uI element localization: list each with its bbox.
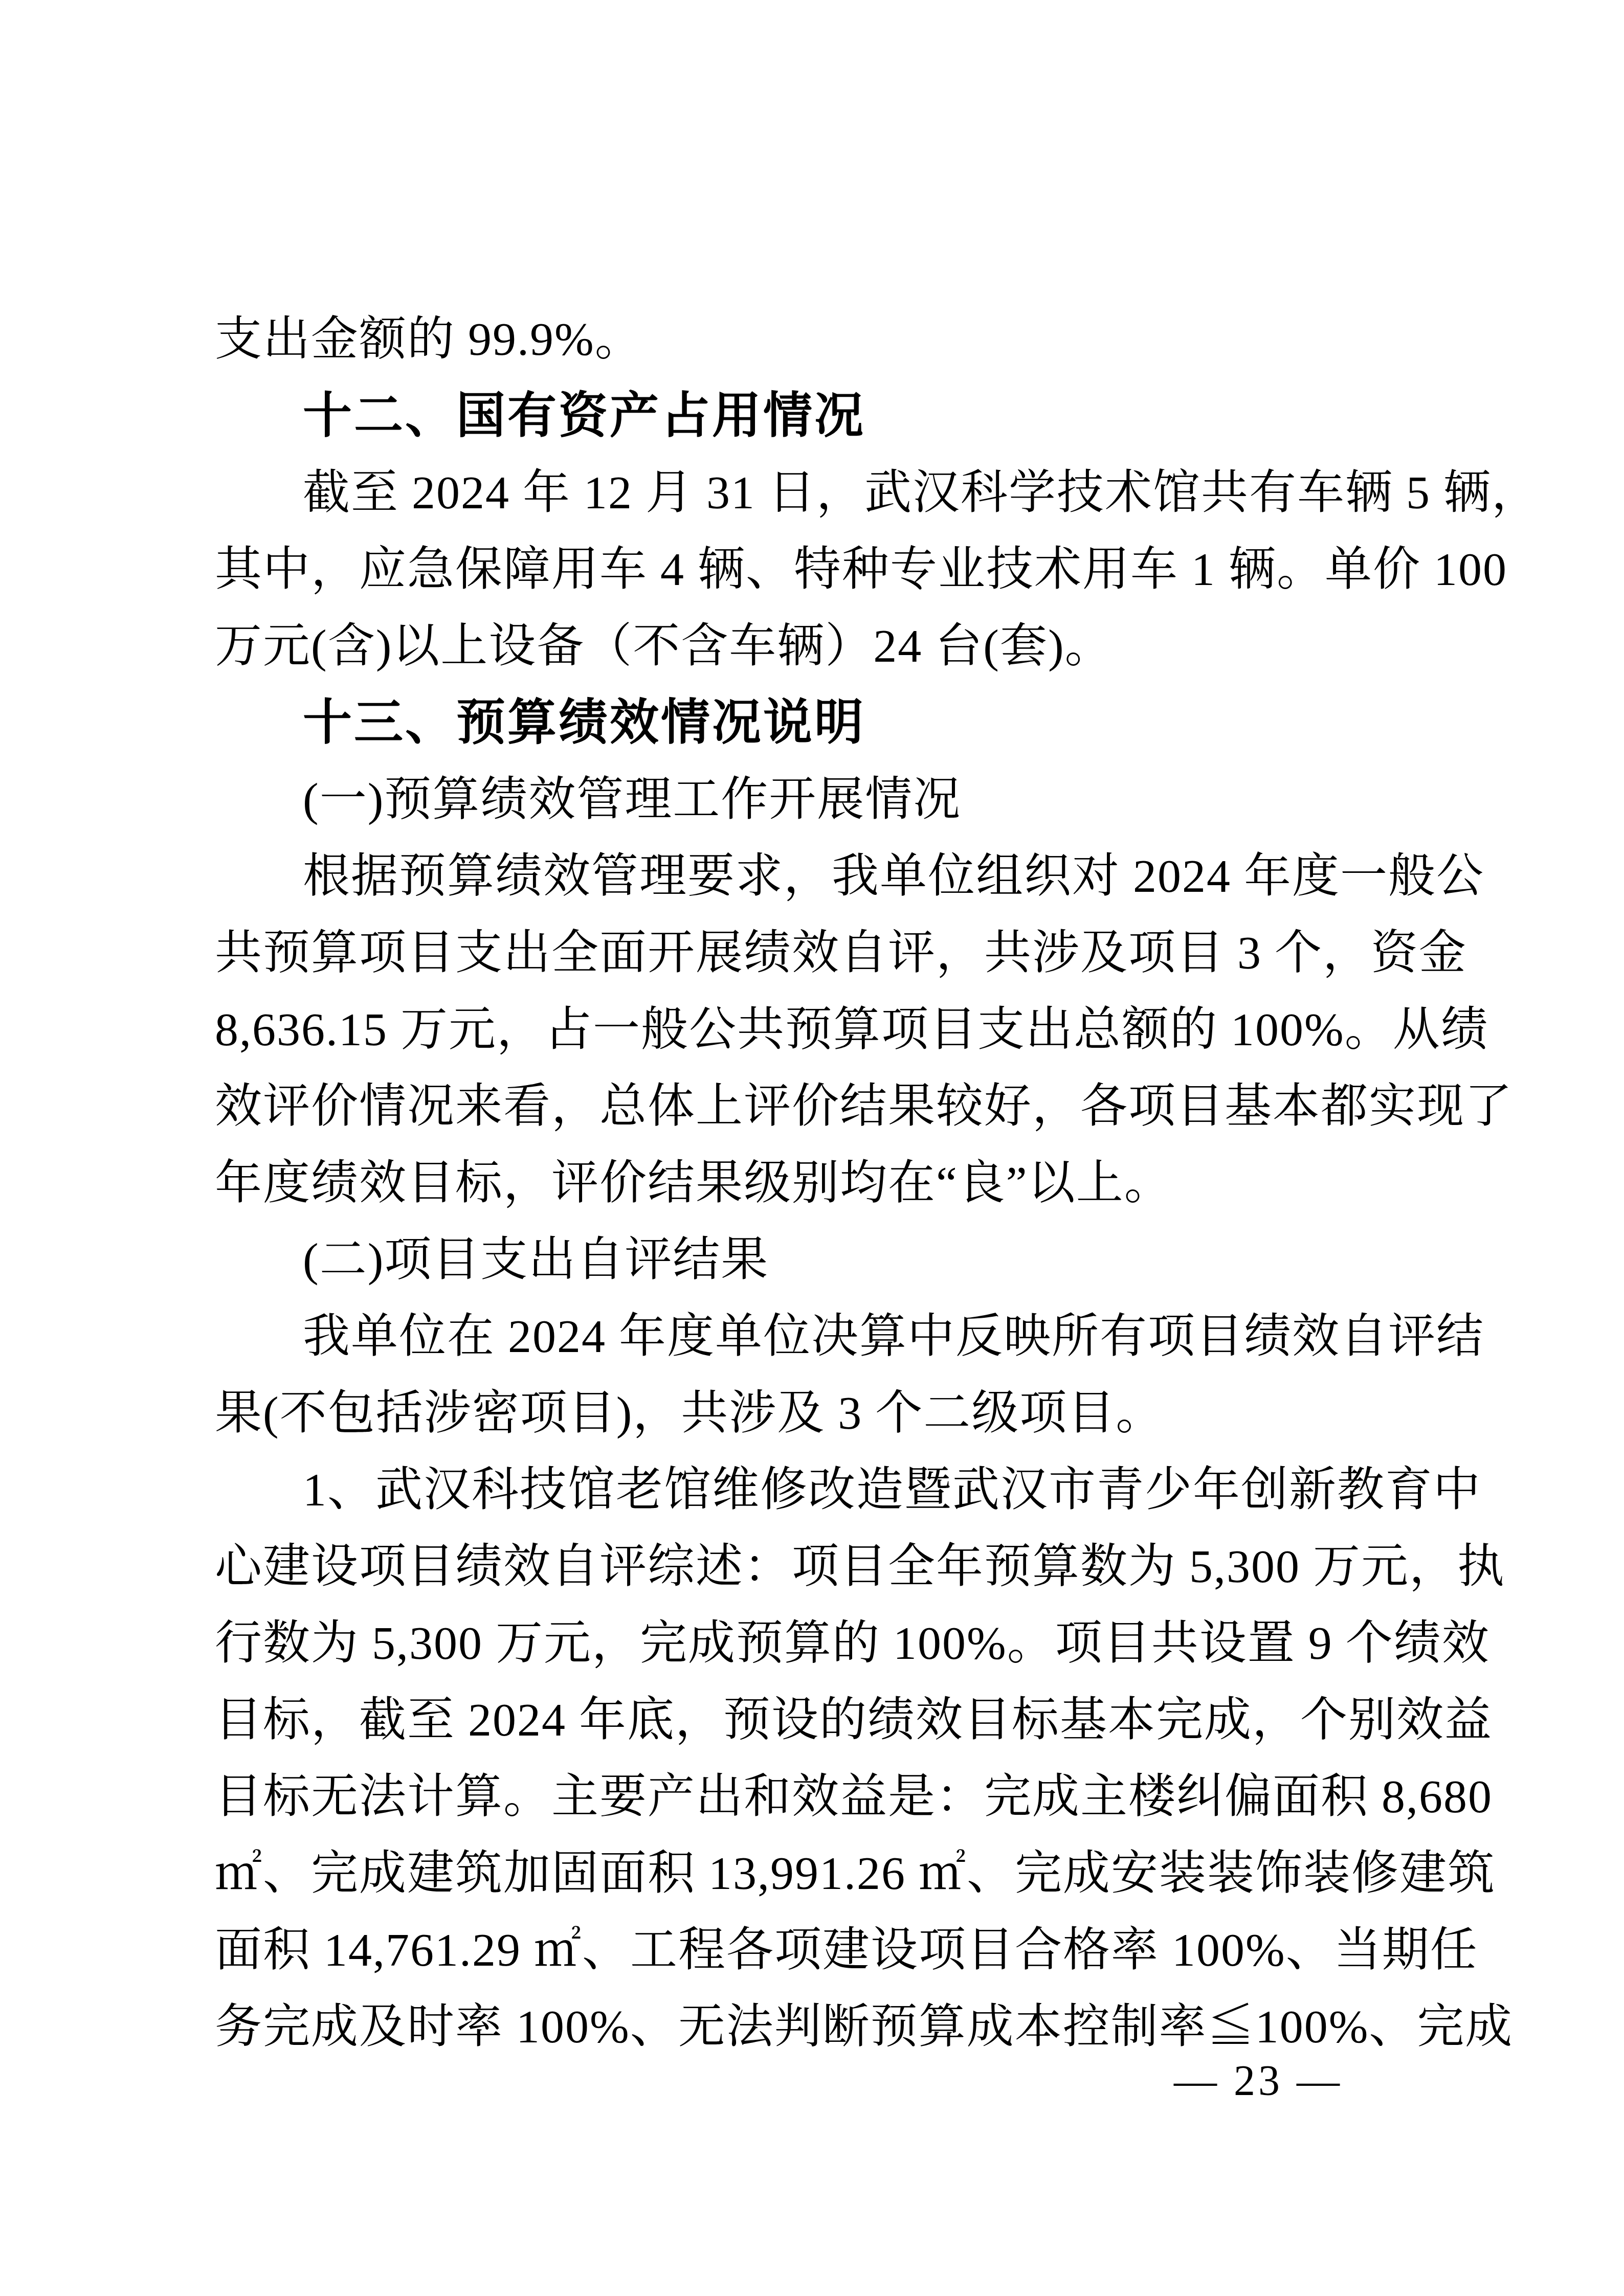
text-line: 共预算项目支出全面开展绩效自评，共涉及项目 3 个，资金 <box>215 914 1417 991</box>
text-line: 根据预算绩效管理要求，我单位组织对 2024 年度一般公 <box>215 838 1417 914</box>
text-line: 目标，截至 2024 年底，预设的绩效目标基本完成，个别效益 <box>215 1681 1417 1758</box>
text-line: 心建设项目绩效自评综述：项目全年预算数为 5,300 万元，执 <box>215 1528 1417 1605</box>
text-line: 面积 14,761.29 ㎡、工程各项建设项目合格率 100%、当期任 <box>215 1911 1417 1988</box>
text-line: 目标无法计算。主要产出和效益是：完成主楼纠偏面积 8,680 <box>215 1758 1417 1835</box>
subsection-heading-1: (一)预算绩效管理工作开展情况 <box>215 761 1417 838</box>
text-line: 1、武汉科技馆老馆维修改造暨武汉市青少年创新教育中 <box>215 1451 1417 1528</box>
text-line: 果(不包括涉密项目)，共涉及 3 个二级项目。 <box>215 1375 1417 1451</box>
body-text: 支出金额的 99.9%。 十二、国有资产占用情况 截至 2024 年 12 月 … <box>215 301 1417 2065</box>
text-line: 8,636.15 万元，占一般公共预算项目支出总额的 100%。从绩 <box>215 991 1417 1068</box>
text-line: 支出金额的 99.9%。 <box>215 301 1417 377</box>
text-line: 万元(含)以上设备（不含车辆）24 台(套)。 <box>215 607 1417 684</box>
section-heading-13: 十三、预算绩效情况说明 <box>215 684 1417 761</box>
text-line: 其中，应急保障用车 4 辆、特种专业技术用车 1 辆。单价 100 <box>215 531 1417 607</box>
text-line: 截至 2024 年 12 月 31 日，武汉科学技术馆共有车辆 5 辆， <box>215 454 1417 531</box>
text-line: 年度绩效目标，评价结果级别均在“良”以上。 <box>215 1144 1417 1221</box>
page-number: — 23 — <box>1174 2051 1343 2112</box>
text-line: 行数为 5,300 万元，完成预算的 100%。项目共设置 9 个绩效 <box>215 1605 1417 1681</box>
text-line: 我单位在 2024 年度单位决算中反映所有项目绩效自评结 <box>215 1298 1417 1375</box>
text-line: ㎡、完成建筑加固面积 13,991.26 ㎡、完成安装装饰装修建筑 <box>215 1835 1417 1911</box>
text-line: 效评价情况来看，总体上评价结果较好，各项目基本都实现了 <box>215 1068 1417 1144</box>
document-page: { "page": { "background": "#ffffff", "te… <box>0 0 1624 2296</box>
section-heading-12: 十二、国有资产占用情况 <box>215 377 1417 454</box>
subsection-heading-2: (二)项目支出自评结果 <box>215 1221 1417 1298</box>
